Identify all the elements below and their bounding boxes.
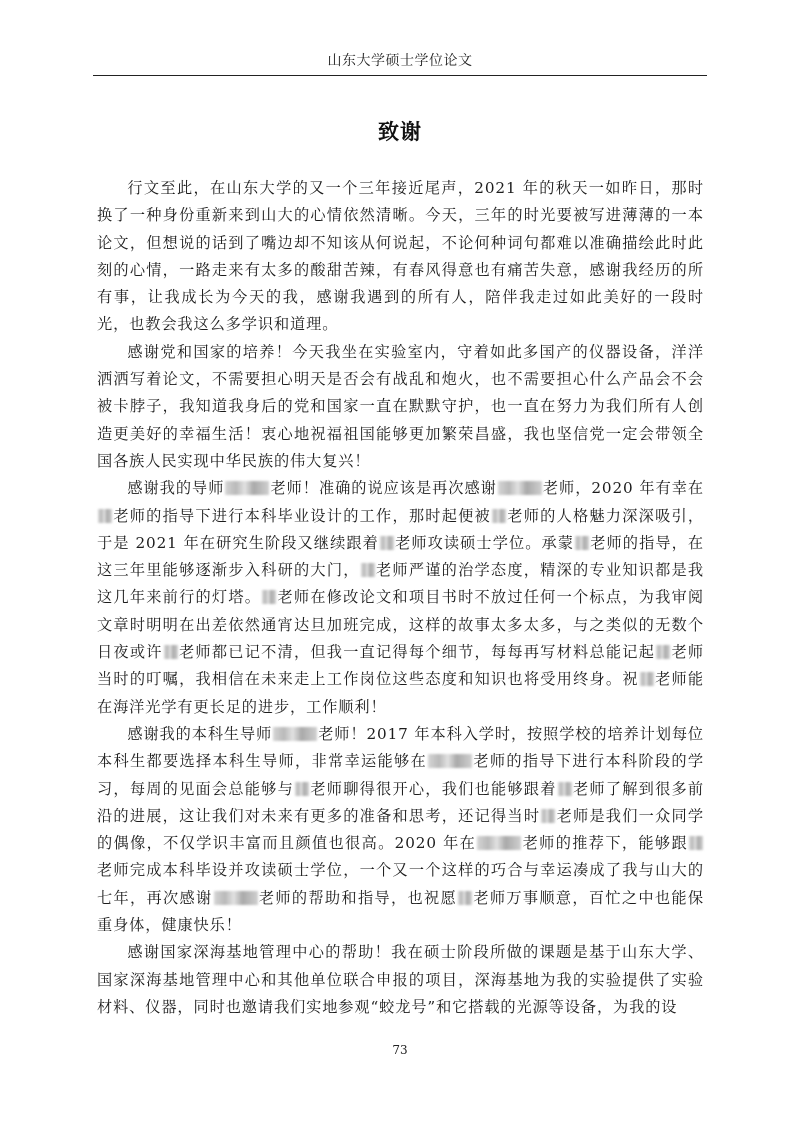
paragraph-text: 老师，2020 年有幸在: [543, 479, 704, 497]
acknowledgement-body: 行文至此，在山东大学的又一个三年接近尾声，2021 年的秋天一如昨日，那时换了一…: [97, 175, 704, 1021]
running-header: 山东大学硕士学位论文: [93, 52, 707, 70]
paragraph-text: 老师！准确的说应该是再次感谢: [270, 479, 496, 497]
paragraph-text: 老师都已记不清，但我一直记得每个细节，每每再写材料总能记起: [179, 643, 655, 661]
redacted-name: [262, 590, 276, 604]
redacted-name: [541, 809, 555, 823]
paragraph-text: 感谢国家深海基地管理中心的帮助！我在硕士阶段所做的课题是基于山东大学、国家深海基…: [97, 943, 704, 1016]
redacted-name: [428, 754, 472, 768]
paragraph-text: 老师的推荐下，能够跟: [522, 834, 688, 852]
paragraph-text: 老师攻读硕士学位。承蒙: [395, 534, 574, 552]
page-number: 73: [0, 1043, 800, 1057]
paragraph-text: 老师的指导下进行本科毕业设计的工作，那时起便被: [113, 507, 491, 525]
redacted-name: [640, 672, 654, 686]
redacted-name: [98, 509, 112, 523]
paragraph-text: 感谢我的导师: [127, 479, 224, 497]
redacted-name: [380, 536, 394, 550]
redacted-name: [273, 727, 317, 741]
redacted-name: [361, 563, 375, 577]
chapter-title: 致谢: [0, 116, 800, 146]
redacted-name: [225, 481, 269, 495]
redacted-name: [689, 836, 703, 850]
paragraph: 感谢国家深海基地管理中心的帮助！我在硕士阶段所做的课题是基于山东大学、国家深海基…: [97, 939, 704, 1021]
redacted-name: [458, 891, 472, 905]
paragraph-text: 老师聊得很开心，我们也能够跟着: [310, 780, 557, 798]
paragraph-text: 感谢我的本科生导师: [127, 725, 272, 743]
redacted-name: [656, 645, 670, 659]
paragraph: 感谢党和国家的培养！今天我坐在实验室内，守着如此多国产的仪器设备，洋洋洒洒写着论…: [97, 339, 704, 475]
paragraph: 感谢我的本科生导师老师！2017 年本科入学时，按照学校的培养计划每位本科生都要…: [97, 721, 704, 939]
paragraph: 行文至此，在山东大学的又一个三年接近尾声，2021 年的秋天一如昨日，那时换了一…: [97, 175, 704, 339]
redacted-name: [295, 782, 309, 796]
redacted-name: [498, 481, 542, 495]
redacted-name: [575, 536, 589, 550]
paragraph: 感谢我的导师老师！准确的说应该是再次感谢老师，2020 年有幸在老师的指导下进行…: [97, 475, 704, 721]
paragraph-text: 感谢党和国家的培养！今天我坐在实验室内，守着如此多国产的仪器设备，洋洋洒洒写着论…: [97, 343, 704, 470]
redacted-name: [164, 645, 178, 659]
paragraph-text: 老师的帮助和指导，也祝愿: [259, 889, 457, 907]
document-page: 山东大学硕士学位论文 致谢 行文至此，在山东大学的又一个三年接近尾声，2021 …: [0, 0, 800, 1131]
redacted-name: [214, 891, 258, 905]
redacted-name: [558, 782, 572, 796]
redacted-name: [477, 836, 521, 850]
header-rule: [93, 75, 707, 76]
redacted-name: [492, 509, 506, 523]
paragraph-text: 行文至此，在山东大学的又一个三年接近尾声，2021 年的秋天一如昨日，那时换了一…: [97, 179, 704, 333]
